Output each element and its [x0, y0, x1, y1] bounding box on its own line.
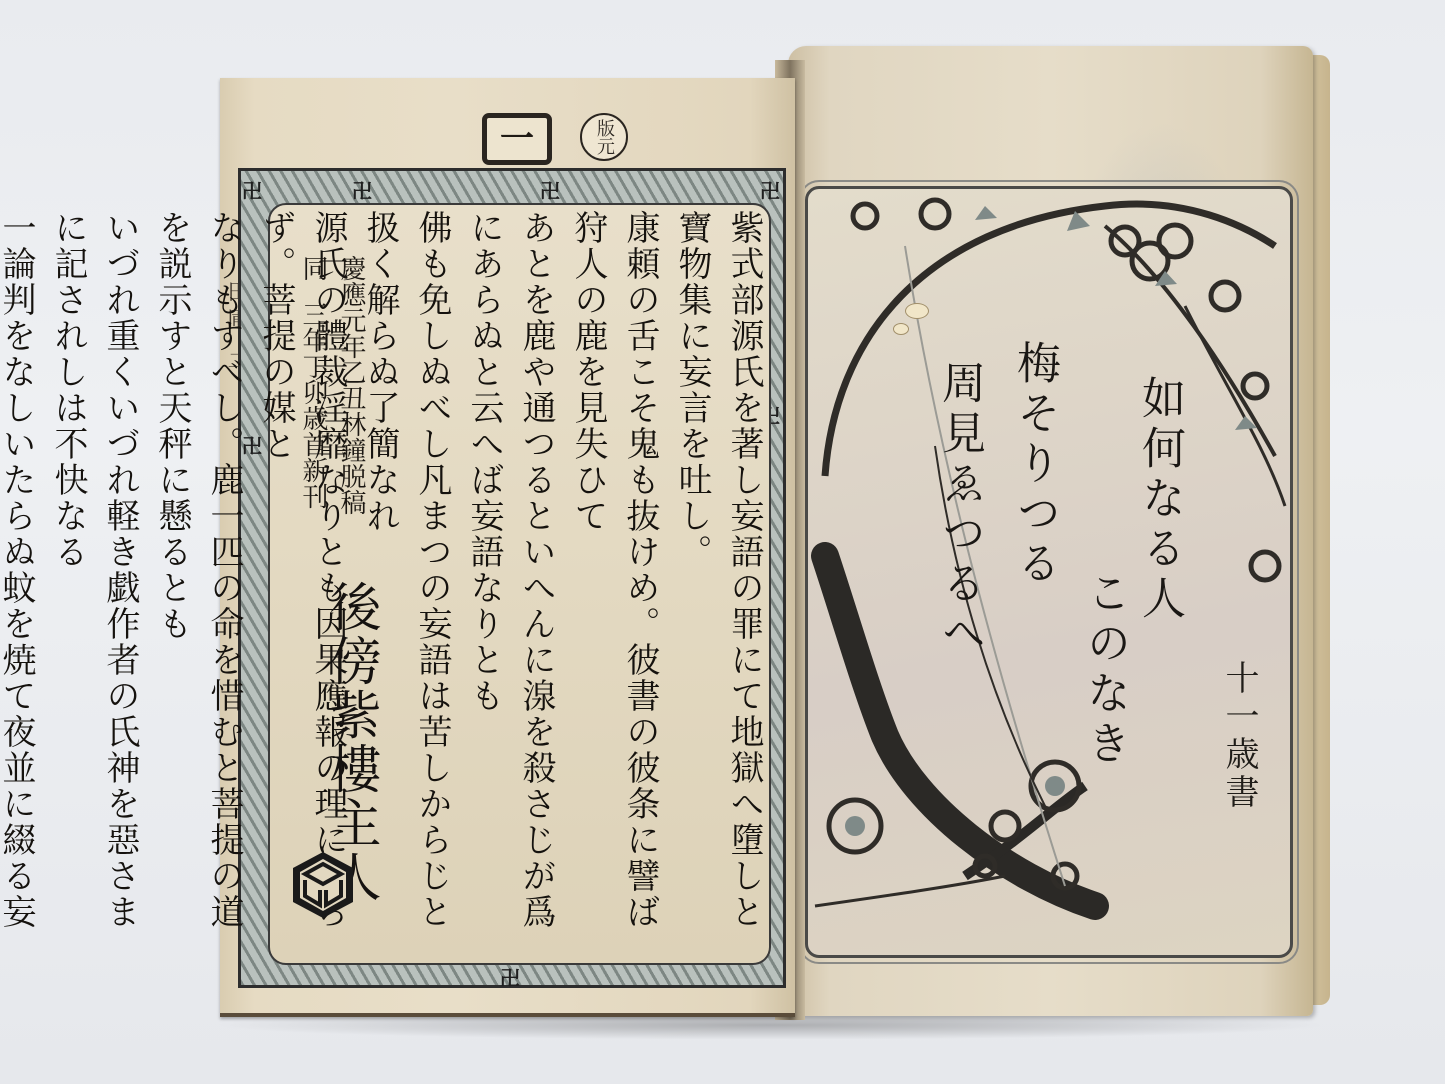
poem-column: 如何なる人	[1130, 375, 1188, 625]
text-column: 一論判をなしいたらぬ蚊を焼て夜並に綴る妄語の序とぞ	[0, 210, 42, 950]
poem-column: このなき	[1075, 570, 1133, 770]
border-key-motif: 卍	[352, 175, 372, 204]
worm-hole	[893, 323, 909, 335]
colophon: 慶應元年乙丑林鐘脱稿 同三年丁卯歳首新刊	[290, 255, 370, 595]
worm-hole	[905, 303, 929, 319]
colophon-date-published: 同三年丁卯歳首新刊	[294, 255, 332, 595]
colophon-ditto: 同	[298, 255, 328, 281]
border-key-motif: 卍	[500, 962, 520, 991]
publisher-round-seal: 版元	[580, 113, 628, 161]
border-key-motif: 卍	[242, 175, 262, 204]
text-column: いづれ重くいづれ軽き戯作者の氏神を惡さまに記されしは不快なる	[42, 210, 146, 950]
poem-column: 梅そりつる	[1005, 340, 1063, 590]
text-column: あとを鹿や通つるといへんに湶を殺さじが爲にあらぬと云へば妄語なりとも	[458, 210, 562, 950]
border-key-motif: 卍	[540, 175, 560, 204]
poem-column: 周見ゑつるへ	[930, 360, 988, 660]
text-column: 紫式部源氏を著し妄語の罪にて地獄へ墮しと寶物集に妄言を吐し。	[666, 210, 770, 950]
chapter-number-box: 一	[482, 113, 552, 165]
artist-signature: 十一歳書	[1215, 660, 1264, 812]
border-key-motif: 卍	[760, 175, 780, 204]
main-text: 紫式部源氏を著し妄語の罪にて地獄へ墮しと寶物集に妄言を吐し。 康頼の舌こそ鬼も抜…	[420, 210, 770, 950]
chapter-number: 一	[500, 122, 534, 156]
seal-text: 版元	[591, 119, 617, 155]
text-column: 康頼の舌こそ鬼も抜けめ。彼書の彼条に譬ば狩人の鹿を見失ひて	[562, 210, 666, 950]
text-column: なりもすべし。鹿一匹の命を惜むと菩提の道を説示すと天秤に懸るとも	[146, 210, 250, 950]
hexagonal-seal-icon	[288, 850, 358, 920]
colophon-publish-date: 三年丁卯歳首新刊	[298, 301, 328, 509]
colophon-date-written: 慶應元年乙丑林鐘脱稿	[332, 255, 370, 595]
